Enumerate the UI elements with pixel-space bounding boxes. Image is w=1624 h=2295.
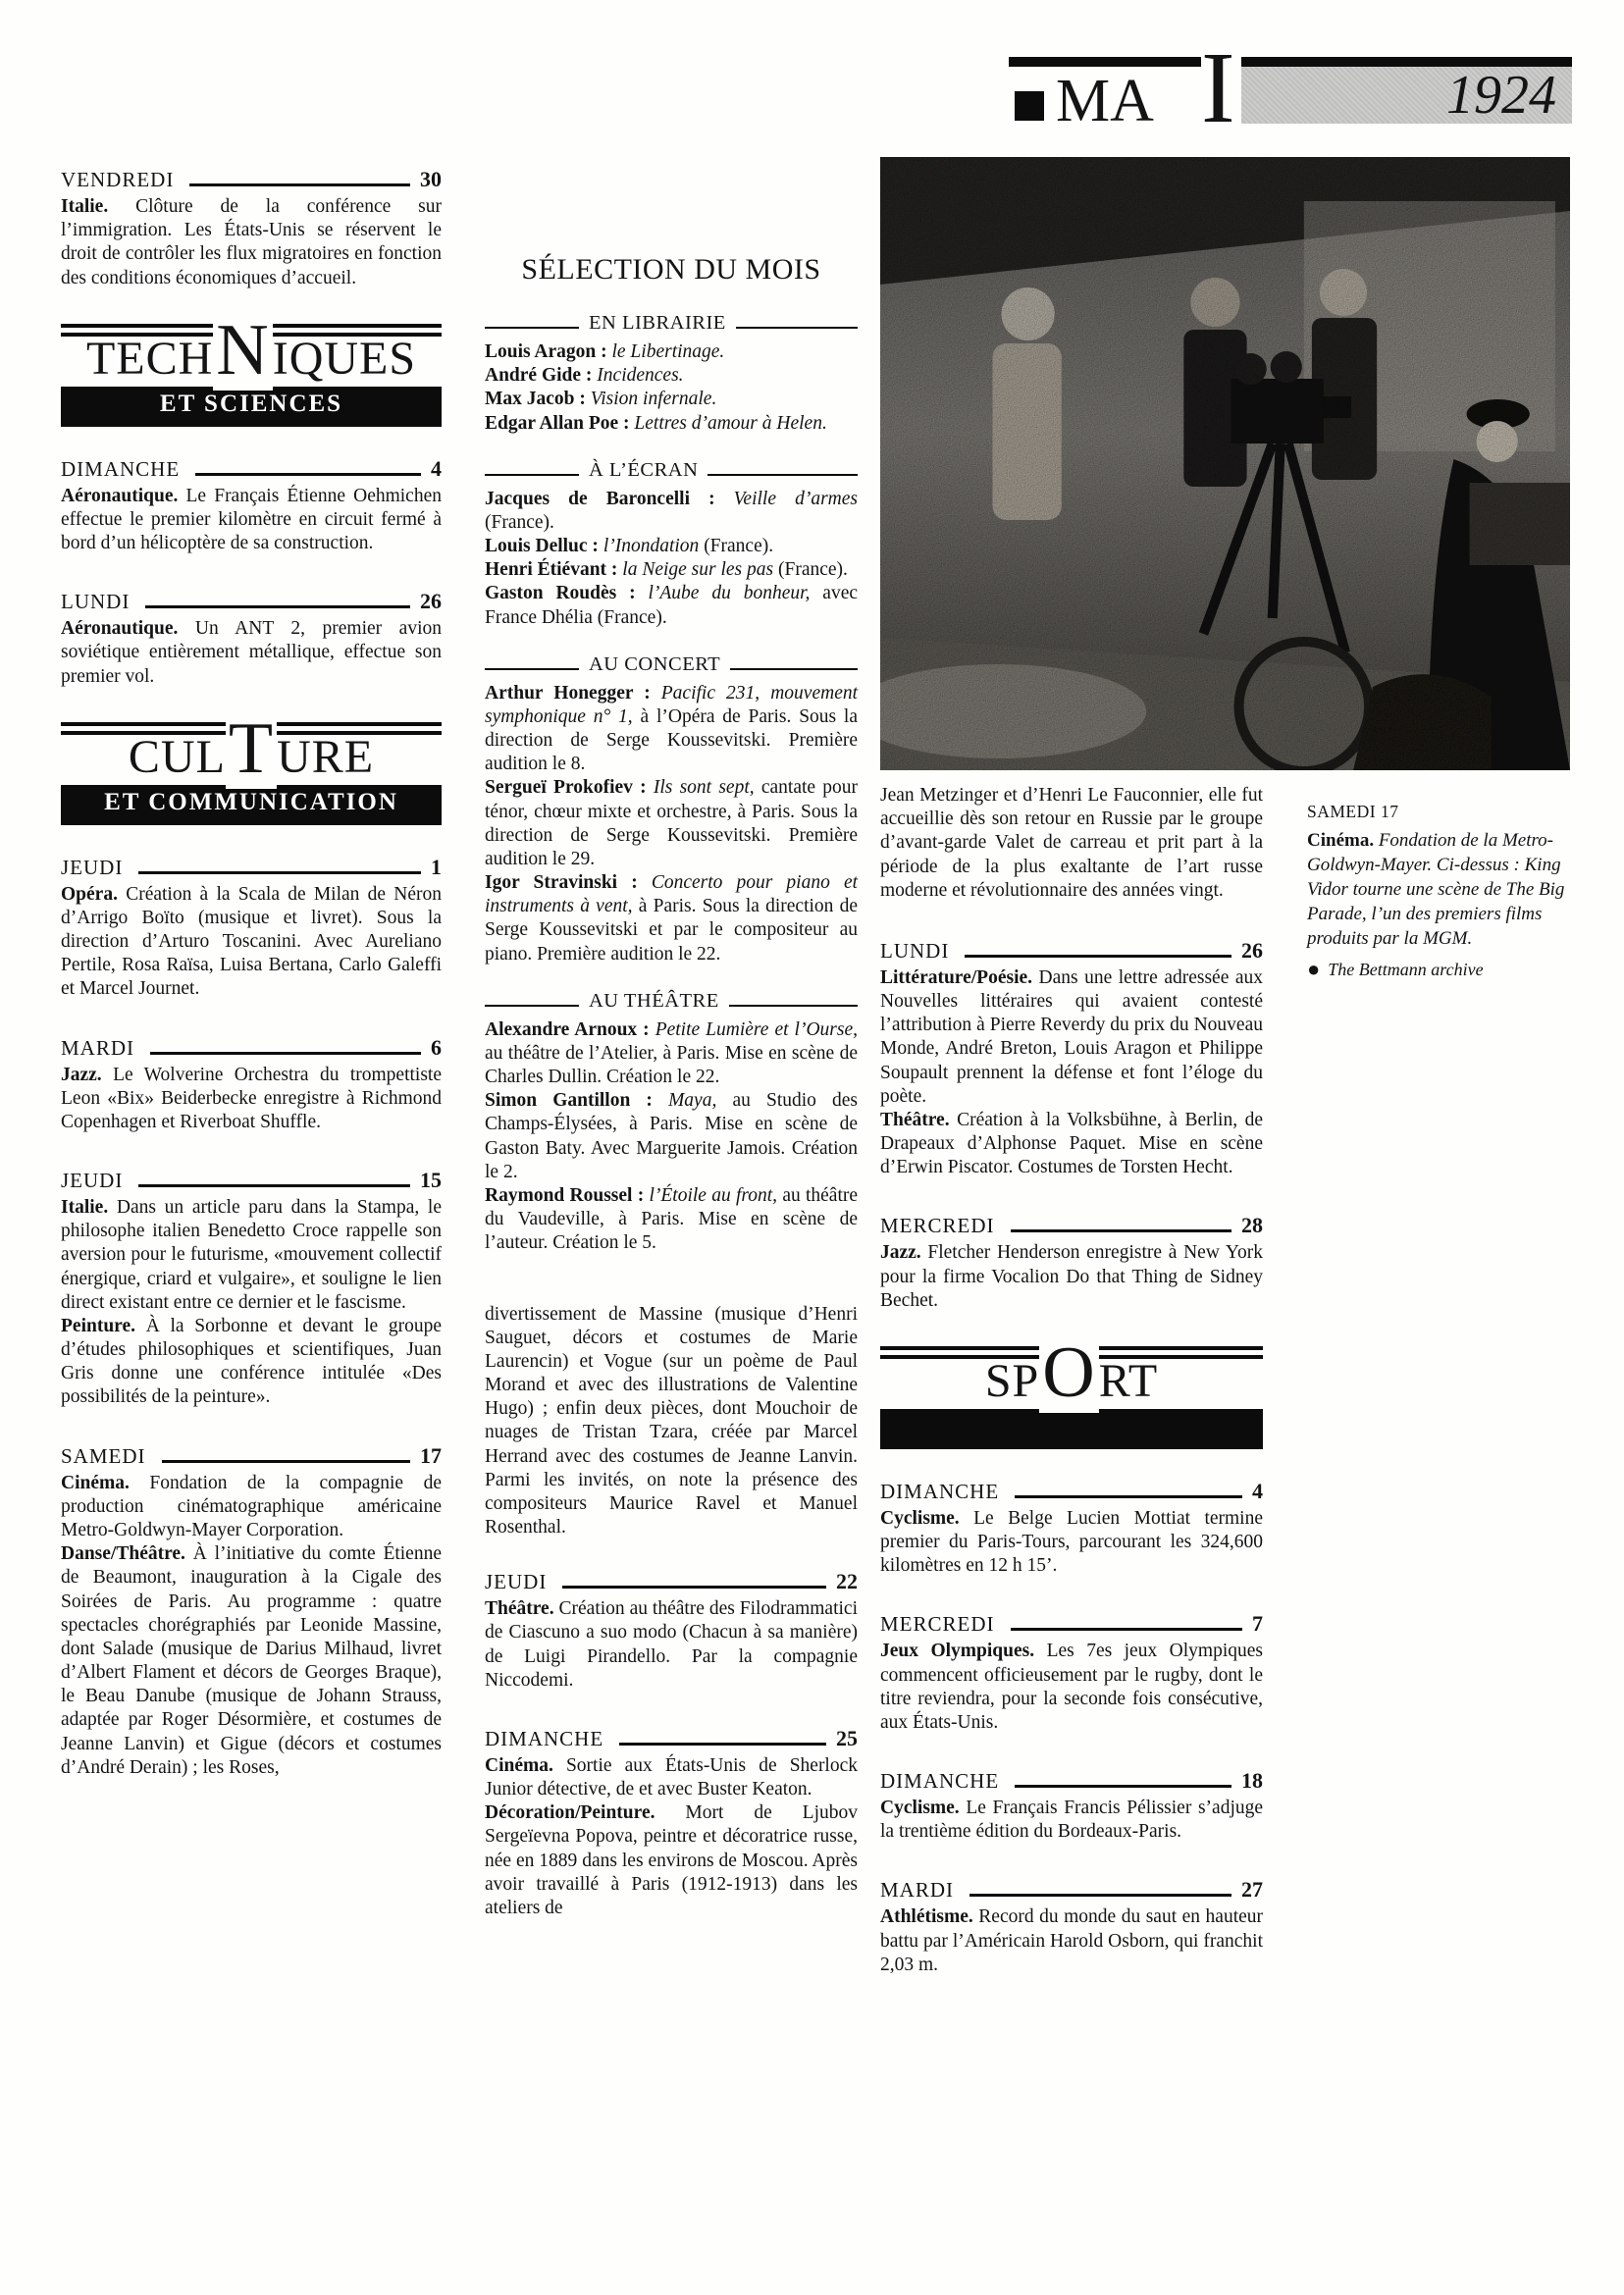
entry-lead: Jazz. bbox=[880, 1242, 921, 1263]
year-title: 1924 bbox=[1446, 68, 1556, 123]
list-item: Simon Gantillon : Maya, au Studio des Ch… bbox=[485, 1089, 858, 1184]
subsection-label: AU THÉÂTRE bbox=[589, 990, 719, 1013]
entry-mercredi-28: MERCREDI28 Jazz. Fletcher Henderson enre… bbox=[880, 1213, 1263, 1313]
list-item: Gaston Roudès : l’Aube du bonheur, avec … bbox=[485, 582, 858, 629]
entry-rule bbox=[969, 1894, 1231, 1897]
list-item: André Gide : Incidences. bbox=[485, 364, 858, 388]
entry-rule bbox=[965, 955, 1231, 958]
entry-day: MERCREDI bbox=[880, 1612, 995, 1637]
list-item: Alexandre Arnoux : Petite Lumière et l’O… bbox=[485, 1018, 858, 1090]
entry-lead: Danse/Théâtre. bbox=[61, 1543, 185, 1564]
masthead-rule-left bbox=[1009, 57, 1201, 67]
entry-rule bbox=[1015, 1785, 1231, 1788]
entry-number: 27 bbox=[1241, 1877, 1263, 1903]
month-title-big-i: I bbox=[1201, 37, 1235, 139]
section-big-letter: N bbox=[213, 310, 272, 391]
list-item: Sergueï Prokofiev : Ils sont sept, canta… bbox=[485, 776, 858, 871]
entry-rule bbox=[138, 1184, 410, 1187]
entry-number: 22 bbox=[836, 1569, 858, 1594]
selection-title: SÉLECTION DU MOIS bbox=[485, 253, 858, 287]
entry-text: Le Wolverine Orchestra du trompettiste L… bbox=[61, 1065, 442, 1132]
entry-day: MARDI bbox=[880, 1878, 954, 1903]
entry-rule bbox=[1011, 1229, 1231, 1232]
photo-caption: SAMEDI 17 Cinéma. Fondation de la Metro-… bbox=[1307, 784, 1570, 2010]
entry-number: 6 bbox=[431, 1035, 442, 1061]
entry-rule bbox=[138, 871, 421, 874]
entry-number: 25 bbox=[836, 1726, 858, 1751]
entry-mardi-6: MARDI6 Jazz. Le Wolverine Orchestra du t… bbox=[61, 1035, 442, 1135]
section-subtitle-bar bbox=[880, 1409, 1263, 1449]
entry-day: MERCREDI bbox=[880, 1214, 995, 1238]
list-item: Jacques de Baroncelli : Veille d’armes (… bbox=[485, 488, 858, 535]
entry-vendredi-30: VENDREDI30 Italie. Clôture de la confére… bbox=[61, 167, 442, 290]
entry-jeudi-22: JEUDI22 Théâtre. Création au théâtre des… bbox=[485, 1569, 858, 1693]
entry-number: 17 bbox=[420, 1443, 442, 1469]
entry-jeudi-15: JEUDI15 Italie. Dans un article paru dan… bbox=[61, 1168, 442, 1410]
entry-dimanche-4-sport: DIMANCHE4 Cyclisme. Le Belge Lucien Mott… bbox=[880, 1479, 1263, 1579]
continuation-paragraph: divertissement de Massine (musique d’Hen… bbox=[485, 1303, 858, 1540]
entry-lead: Jeux Olympiques. bbox=[880, 1641, 1034, 1661]
entry-rule bbox=[150, 1052, 421, 1055]
masthead: MA I 1924 bbox=[1009, 57, 1572, 139]
entry-dimanche-18: DIMANCHE18 Cyclisme. Le Français Francis… bbox=[880, 1768, 1263, 1844]
left-column: VENDREDI30 Italie. Clôture de la confére… bbox=[61, 167, 442, 1813]
subsection-librairie: EN LIBRAIRIE bbox=[485, 312, 858, 335]
entry-text: Dans un article paru dans la Stampa, le … bbox=[61, 1197, 442, 1313]
right-column: Jean Metzinger et d’Henri Le Fauconnier,… bbox=[880, 157, 1570, 2010]
entry-rule bbox=[562, 1586, 826, 1589]
section-culture: CULTURE ET COMMUNICATION bbox=[61, 722, 442, 825]
section-word: TECH bbox=[86, 333, 213, 385]
list-item: Louis Delluc : l’Inondation (France). bbox=[485, 535, 858, 558]
entry-lead: Opéra. bbox=[61, 884, 118, 905]
entry-day: MARDI bbox=[61, 1036, 134, 1061]
section-subtitle-bar: ET COMMUNICATION bbox=[61, 785, 442, 825]
section-big-letter: O bbox=[1039, 1332, 1098, 1413]
entry-number: 1 bbox=[431, 855, 442, 880]
entry-lead: Cinéma. bbox=[61, 1473, 130, 1493]
entry-lead: Cinéma. bbox=[485, 1755, 553, 1776]
subsection-ecran: À L’ÉCRAN bbox=[485, 459, 858, 482]
entry-lead: Décoration/Peinture. bbox=[485, 1802, 655, 1823]
entry-number: 15 bbox=[420, 1168, 442, 1193]
list-item: Edgar Allan Poe : Lettres d’amour à Hele… bbox=[485, 412, 858, 436]
news-photo bbox=[880, 157, 1570, 770]
bullet-icon: ● bbox=[1307, 959, 1320, 980]
entry-mercredi-7: MERCREDI7 Jeux Olympiques. Les 7es jeux … bbox=[880, 1611, 1263, 1735]
magazine-page: MA I 1924 VENDREDI30 Italie. Clôture de … bbox=[0, 0, 1624, 2295]
selection-column: SÉLECTION DU MOIS EN LIBRAIRIE Louis Ara… bbox=[485, 167, 858, 1954]
list-item: Max Jacob : Vision infernale. bbox=[485, 388, 858, 411]
entry-lead: Cyclisme. bbox=[880, 1508, 960, 1529]
entry-day: SAMEDI bbox=[61, 1444, 146, 1469]
basket-shape bbox=[1353, 674, 1492, 770]
entry-day: LUNDI bbox=[880, 939, 949, 964]
section-sport: SPORT bbox=[880, 1346, 1263, 1449]
opening-paragraph: Jean Metzinger et d’Henri Le Fauconnier,… bbox=[880, 784, 1263, 903]
black-square-icon bbox=[1015, 91, 1044, 121]
entry-rule bbox=[145, 605, 410, 608]
subsection-theatre: AU THÉÂTRE bbox=[485, 990, 858, 1013]
entry-dimanche-25: DIMANCHE25 Cinéma. Sortie aux États-Unis… bbox=[485, 1726, 858, 1920]
entry-lead: Italie. bbox=[61, 196, 108, 217]
entry-day: VENDREDI bbox=[61, 168, 174, 192]
entry-rule bbox=[189, 183, 410, 186]
entry-text: Clôture de la conférence sur l’immigrati… bbox=[61, 196, 442, 288]
entry-day: DIMANCHE bbox=[61, 457, 180, 482]
entry-rule bbox=[162, 1460, 410, 1463]
entry-rule bbox=[195, 473, 421, 476]
entry-rule bbox=[619, 1743, 826, 1746]
section-word: IQUES bbox=[273, 333, 416, 385]
subsection-concert: AU CONCERT bbox=[485, 653, 858, 676]
entry-text: Dans une lettre adressée aux Nouvelles l… bbox=[880, 967, 1263, 1107]
entry-rule bbox=[1011, 1628, 1242, 1631]
section-word: URE bbox=[277, 731, 374, 783]
entry-number: 30 bbox=[420, 167, 442, 192]
list-item: Raymond Roussel : l’Étoile au front, au … bbox=[485, 1184, 858, 1256]
entry-lead: Aéronautique. bbox=[61, 618, 178, 639]
year-box: 1924 bbox=[1241, 67, 1572, 124]
right-column-text: Jean Metzinger et d’Henri Le Fauconnier,… bbox=[880, 784, 1263, 2010]
section-word: RT bbox=[1099, 1355, 1158, 1407]
entry-number: 18 bbox=[1241, 1768, 1263, 1794]
entry-day: DIMANCHE bbox=[485, 1727, 603, 1751]
list-item: Igor Stravinski : Concerto pour piano et… bbox=[485, 871, 858, 966]
entry-day: JEUDI bbox=[61, 856, 123, 880]
entry-jeudi-1: JEUDI1 Opéra. Création à la Scala de Mil… bbox=[61, 855, 442, 1002]
entry-lead: Athlétisme. bbox=[880, 1906, 973, 1927]
entry-dimanche-4: DIMANCHE4 Aéronautique. Le Français Étie… bbox=[61, 456, 442, 556]
entry-lead: Cyclisme. bbox=[880, 1798, 960, 1818]
entry-day: LUNDI bbox=[61, 590, 130, 614]
section-subtitle-bar: ET SCIENCES bbox=[61, 387, 442, 427]
caption-lead: Cinéma. bbox=[1307, 830, 1374, 851]
subsection-label: À L’ÉCRAN bbox=[589, 459, 698, 482]
entry-number: 26 bbox=[1241, 938, 1263, 964]
entry-mardi-27: MARDI27 Athlétisme. Record du monde du s… bbox=[880, 1877, 1263, 1977]
entry-text: Création à la Scala de Milan de Néron d’… bbox=[61, 884, 442, 1000]
caption-day: SAMEDI 17 bbox=[1307, 802, 1570, 822]
entry-text: À l’initiative du comte Étienne de Beaum… bbox=[61, 1543, 442, 1778]
entry-text: Fletcher Henderson enregistre à New York… bbox=[880, 1242, 1263, 1310]
entry-lundi-26-culture: LUNDI26 Littérature/Poésie. Dans une let… bbox=[880, 938, 1263, 1180]
subsection-label: AU CONCERT bbox=[589, 653, 720, 676]
entry-lead: Peinture. bbox=[61, 1316, 135, 1336]
entry-number: 4 bbox=[431, 456, 442, 482]
entry-lundi-26: LUNDI26 Aéronautique. Un ANT 2, premier … bbox=[61, 589, 442, 689]
photo-credit: The Bettmann archive bbox=[1328, 960, 1483, 980]
entry-lead: Aéronautique. bbox=[61, 486, 178, 506]
entry-number: 26 bbox=[420, 589, 442, 614]
section-big-letter: T bbox=[226, 708, 277, 789]
entry-day: DIMANCHE bbox=[880, 1769, 999, 1794]
entry-day: DIMANCHE bbox=[880, 1480, 999, 1504]
list-item: Arthur Honegger : Pacific 231, mouvement… bbox=[485, 682, 858, 777]
subsection-label: EN LIBRAIRIE bbox=[589, 312, 726, 335]
month-title: MA bbox=[1056, 71, 1154, 131]
section-word: CUL bbox=[129, 731, 226, 783]
entry-day: JEUDI bbox=[61, 1169, 123, 1193]
section-techniques: TECHNIQUES ET SCIENCES bbox=[61, 324, 442, 427]
entry-lead: Italie. bbox=[61, 1197, 108, 1218]
continued-text: divertissement de Massine (musique d’Hen… bbox=[485, 1303, 858, 1540]
entry-rule bbox=[1015, 1495, 1242, 1498]
entry-lead: Littérature/Poésie. bbox=[880, 967, 1032, 988]
section-word: SP bbox=[985, 1355, 1039, 1407]
entry-samedi-17: SAMEDI17 Cinéma. Fondation de la compagn… bbox=[61, 1443, 442, 1780]
entry-number: 28 bbox=[1241, 1213, 1263, 1238]
entry-number: 4 bbox=[1252, 1479, 1263, 1504]
list-item: Louis Aragon : le Libertinage. bbox=[485, 340, 858, 364]
entry-day: JEUDI bbox=[485, 1570, 547, 1594]
entry-lead: Théâtre. bbox=[485, 1598, 554, 1619]
entry-lead: Jazz. bbox=[61, 1065, 102, 1085]
entry-number: 7 bbox=[1252, 1611, 1263, 1637]
entry-lead: Théâtre. bbox=[880, 1110, 950, 1130]
list-item: Henri Étiévant : la Neige sur les pas (F… bbox=[485, 558, 858, 582]
